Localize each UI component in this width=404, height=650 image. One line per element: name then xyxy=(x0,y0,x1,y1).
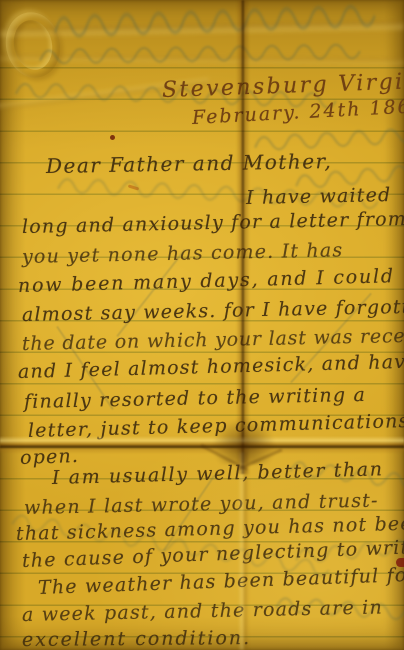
ink-bleedthrough-ghost xyxy=(16,78,147,111)
letter-line: I have waited xyxy=(246,184,392,209)
vertical-fold-crease-lower xyxy=(238,452,249,650)
ink-bleedthrough-ghost xyxy=(40,39,360,73)
ink-stain xyxy=(110,135,115,140)
red-stain xyxy=(396,558,404,567)
vertical-fold-crease xyxy=(236,0,250,474)
letter-line: excellent condition. xyxy=(22,627,251,650)
letter-salutation: Dear Father and Mother, xyxy=(46,149,333,178)
scanned-letter-page: Stevensburg Virginia February. 24th 1864… xyxy=(0,0,404,650)
